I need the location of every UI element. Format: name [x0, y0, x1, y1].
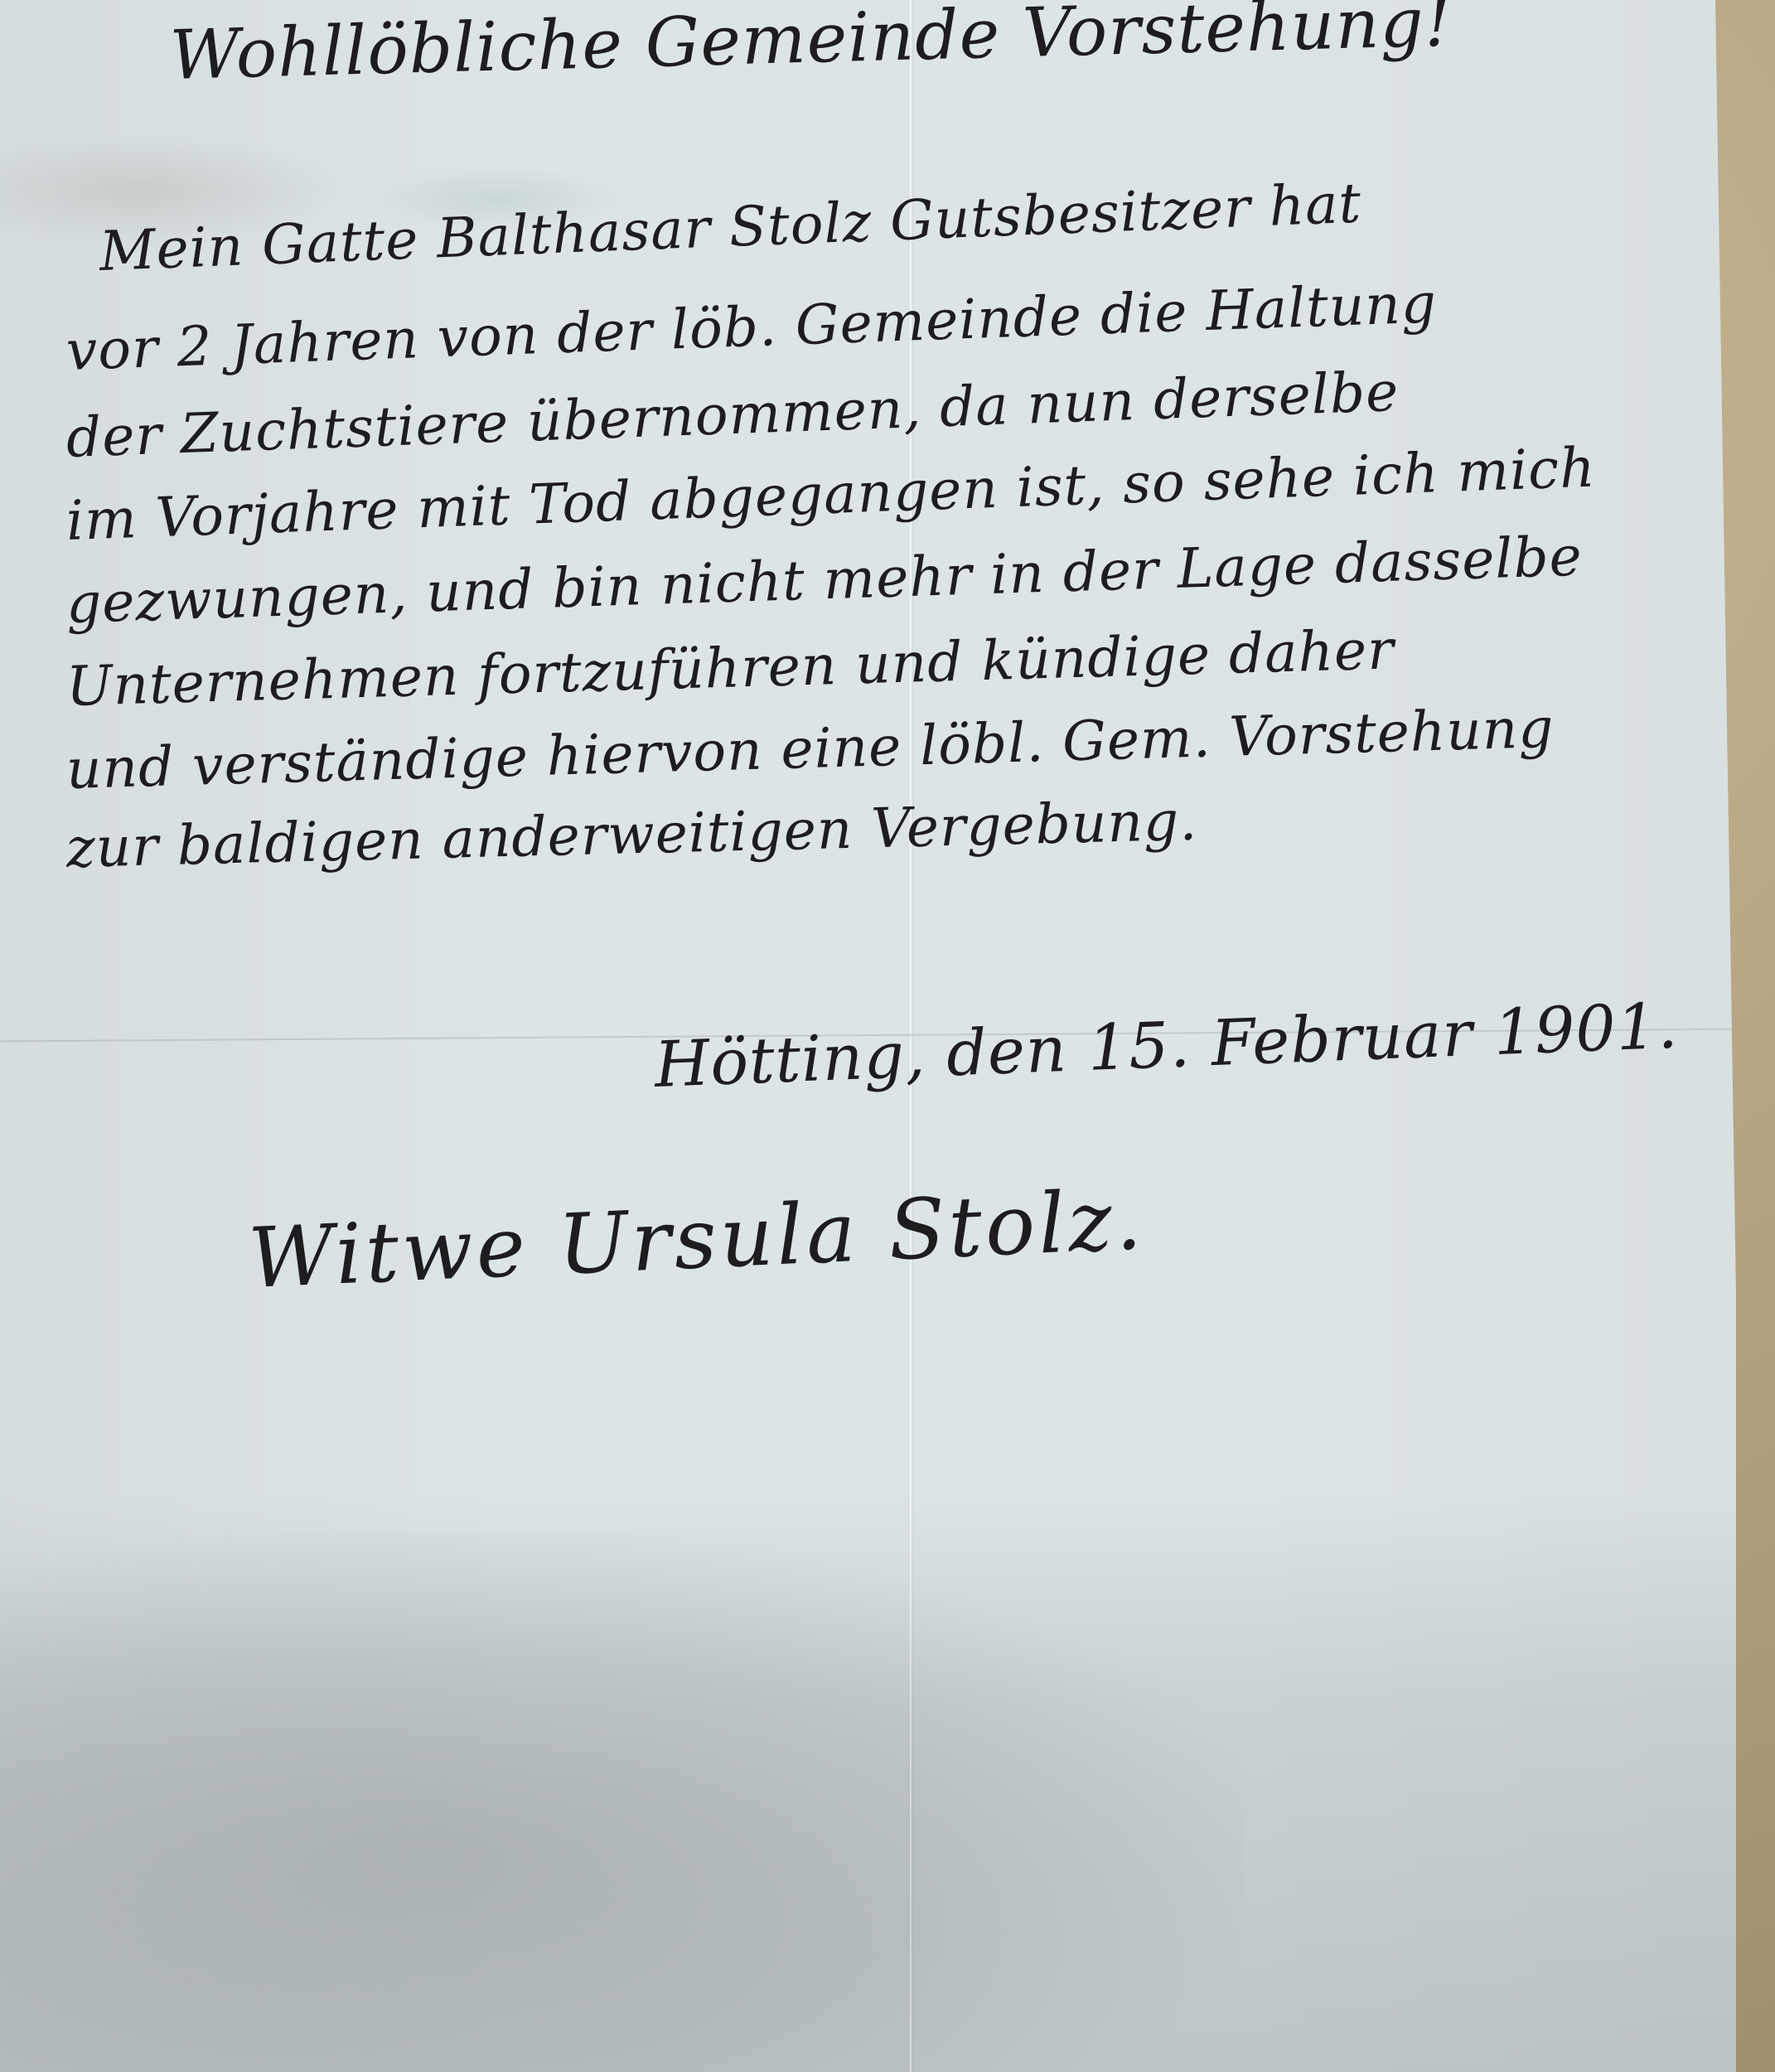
letter-page: Wohllöbliche Gemeinde Vorstehung! Mein G…	[0, 0, 1736, 2072]
signature: Witwe Ursula Stolz.	[246, 1171, 1146, 1307]
place-and-date: Hötting, den 15. Februar 1901.	[653, 989, 1679, 1101]
salutation: Wohllöbliche Gemeinde Vorstehung!	[169, 0, 1453, 95]
body-line-8: zur baldigen anderweitigen Vergebung.	[65, 789, 1198, 880]
body-line-6: Unternehmen fortzuführen und kündige dah…	[65, 617, 1395, 719]
shadow-overlay	[0, 1533, 1243, 2072]
